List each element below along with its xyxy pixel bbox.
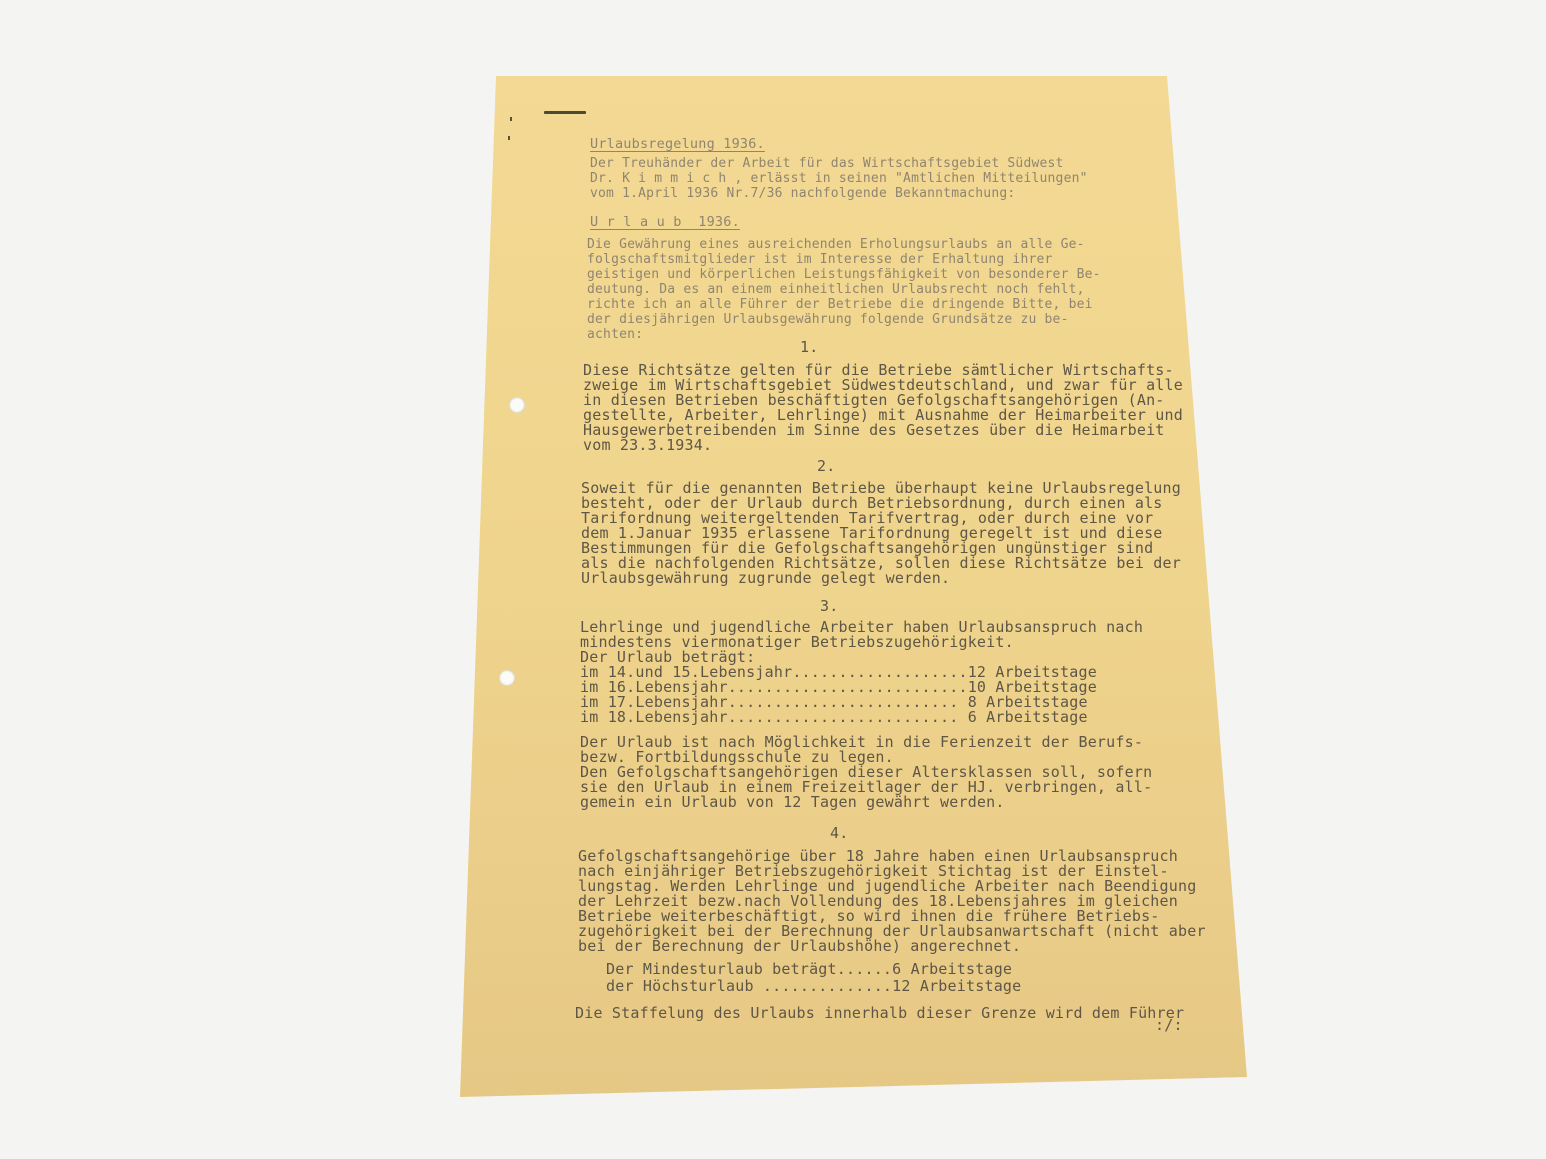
punch-hole xyxy=(509,397,525,413)
intro-line: Dr. K i m m i c h , erlässt in seinen "A… xyxy=(590,171,1088,186)
preamble-line: folgschaftsmitglieder ist im Interesse d… xyxy=(587,252,1053,267)
preamble-line: Die Gewährung eines ausreichenden Erholu… xyxy=(587,237,1085,252)
section-line: Urlaubsgewährung zugrunde gelegt werden. xyxy=(581,569,950,587)
section-number: 3. xyxy=(820,597,838,615)
closing-line: Die Staffelung des Urlaubs innerhalb die… xyxy=(575,1004,1184,1022)
document-subtitle: U r l a u b 1936. xyxy=(590,214,740,230)
intro-line: Der Treuhänder der Arbeit für das Wirtsc… xyxy=(590,156,1064,171)
margin-mark xyxy=(510,117,512,121)
section-line: gemein ein Urlaub von 12 Tagen gewährt w… xyxy=(580,793,1005,811)
section-number: 2. xyxy=(817,457,835,475)
preamble-line: der diesjährigen Urlaubsgewährung folgen… xyxy=(587,312,1069,327)
section-line: bei der Berechnung der Urlaubshöhe) ange… xyxy=(578,937,1021,955)
header-dash-mark xyxy=(544,111,586,114)
document-title: Urlaubsregelung 1936. xyxy=(590,136,765,152)
limit-line: Der Mindesturlaub beträgt......6 Arbeits… xyxy=(606,960,1012,978)
continuation-mark: :/: xyxy=(1155,1016,1183,1034)
punch-hole xyxy=(499,670,515,686)
limit-line: der Höchsturlaub ..............12 Arbeit… xyxy=(606,977,1021,995)
intro-line: vom 1.April 1936 Nr.7/36 nachfolgende Be… xyxy=(590,186,1015,201)
photo-scene: Urlaubsregelung 1936. Der Treuhänder der… xyxy=(0,0,1546,1159)
row-leader: ......................... xyxy=(728,708,959,726)
preamble-line: geistigen und körperlichen Leistungsfähi… xyxy=(587,267,1101,282)
row-value: 6 Arbeitstage xyxy=(958,708,1087,726)
vacation-table-row: im 18.Lebensjahr........................… xyxy=(580,708,1088,726)
preamble-line: deutung. Da es an einem einheitlichen Ur… xyxy=(587,282,1085,297)
section-number: 4. xyxy=(830,824,848,842)
preamble-line: achten: xyxy=(587,327,643,342)
section-line: vom 23.3.1934. xyxy=(583,436,712,454)
preamble-line: richte ich an alle Führer der Betriebe d… xyxy=(587,297,1093,312)
section-number: 1. xyxy=(800,338,818,356)
margin-mark xyxy=(508,136,510,140)
row-label: im 18.Lebensjahr xyxy=(580,708,728,726)
